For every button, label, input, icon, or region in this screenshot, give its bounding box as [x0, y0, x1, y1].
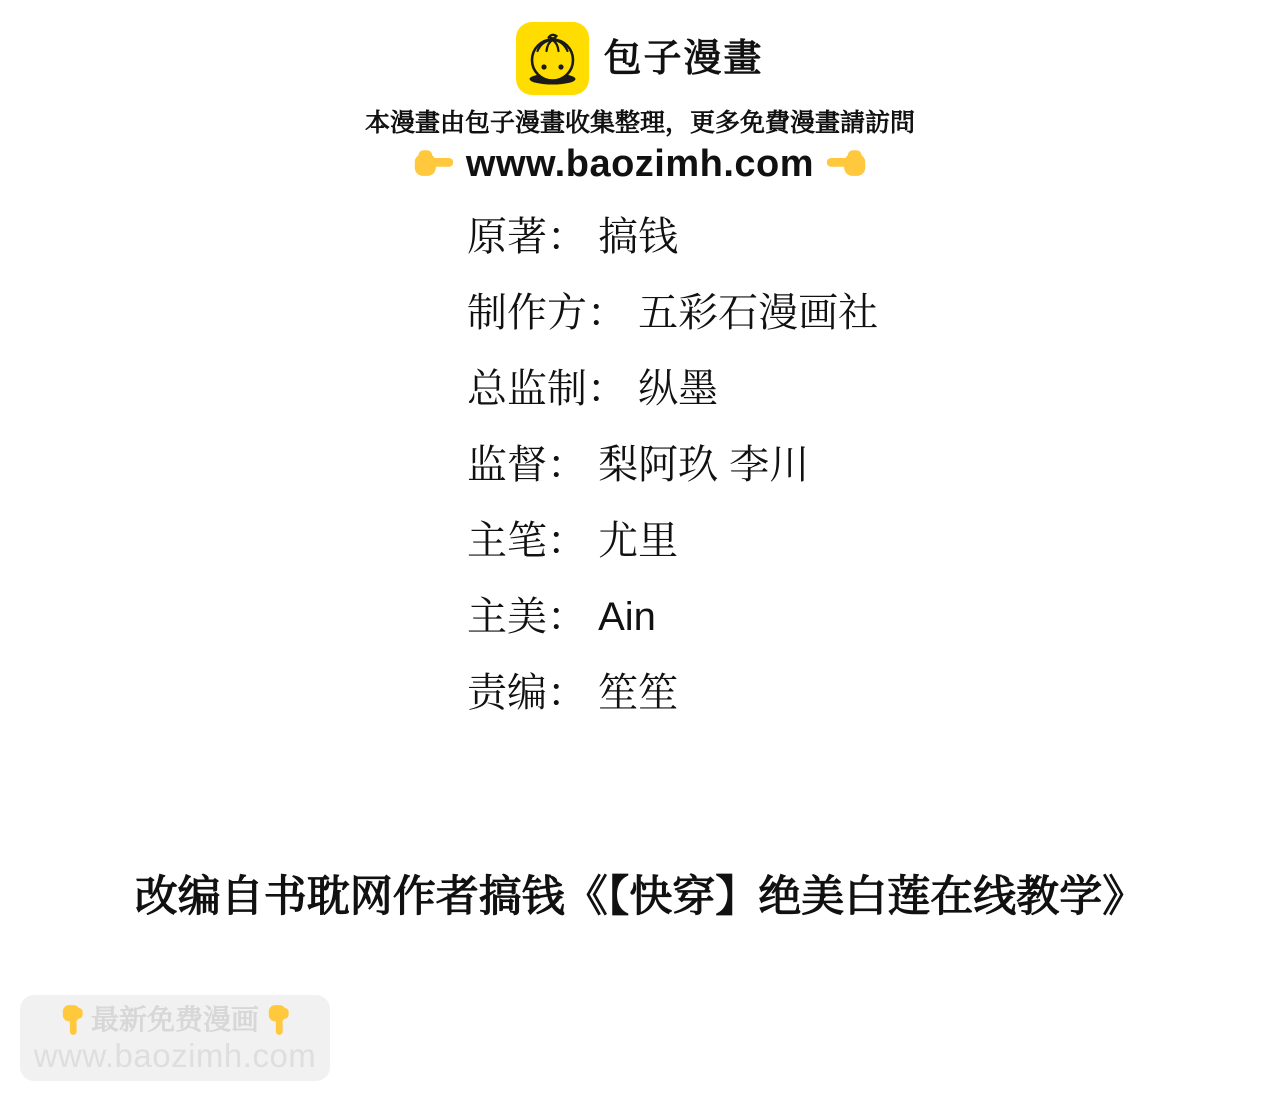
pointing-left-hand-icon — [824, 142, 868, 186]
site-url-row: www.baozimh.com — [0, 142, 1280, 186]
pointing-down-hand-icon — [55, 1003, 89, 1037]
credit-line-art-director: 主美： Ain — [467, 579, 1280, 655]
comic-credits-page: 包子漫畫 本漫畫由包子漫畫收集整理，更多免費漫畫請訪問 www.baozimh.… — [0, 0, 1280, 923]
credit-line-production: 制作方： 五彩石漫画社 — [467, 275, 1280, 351]
site-url: www.baozimh.com — [466, 145, 814, 183]
pointing-right-hand-icon — [412, 142, 456, 186]
watermark-url: www.baozimh.com — [34, 1037, 317, 1074]
brand-header: 包子漫畫 — [0, 0, 1280, 95]
watermark-text: 最新免费漫画 — [91, 1003, 259, 1037]
brand-title: 包子漫畫 — [603, 40, 763, 78]
baozi-logo-icon — [516, 22, 589, 95]
adaptation-note: 改编自书耽网作者搞钱《【快穿】绝美白莲在线教学》 — [0, 871, 1280, 923]
credit-line-chief-producer: 总监制： 纵墨 — [467, 351, 1280, 427]
credit-line-original-author: 原著： 搞钱 — [467, 199, 1280, 275]
watermark-badge: 最新免费漫画 www.baozimh.com — [20, 995, 330, 1081]
credits-list: 原著： 搞钱 制作方： 五彩石漫画社 总监制： 纵墨 监督： 梨阿玖 李川 主笔… — [467, 199, 1280, 731]
pointing-down-hand-icon — [261, 1003, 295, 1037]
watermark-line1: 最新免费漫画 — [55, 1003, 295, 1037]
credit-line-lead-artist: 主笔： 尤里 — [467, 503, 1280, 579]
credit-line-supervisor: 监督： 梨阿玖 李川 — [467, 427, 1280, 503]
collection-notice: 本漫畫由包子漫畫收集整理，更多免費漫畫請訪問 — [0, 109, 1280, 137]
credit-line-editor: 责编： 笙笙 — [467, 655, 1280, 731]
